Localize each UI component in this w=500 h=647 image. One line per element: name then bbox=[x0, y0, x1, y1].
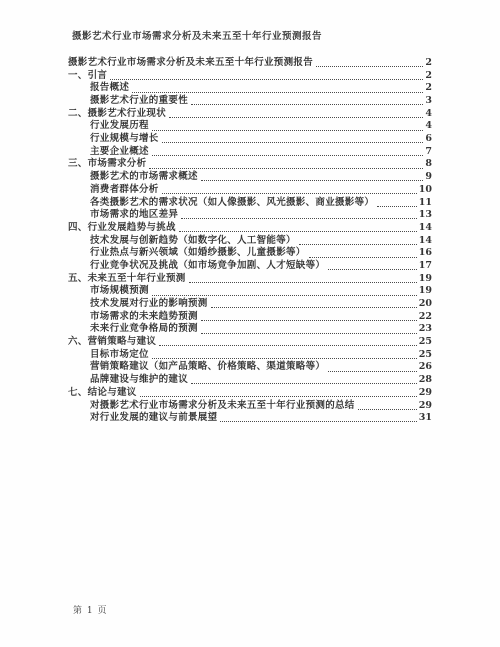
dotted-leader bbox=[191, 383, 417, 384]
dotted-leader bbox=[328, 371, 417, 372]
dotted-leader bbox=[152, 130, 424, 131]
toc-entry-page-number: 31 bbox=[419, 412, 432, 425]
toc-entry-page-number: 2 bbox=[425, 70, 432, 83]
toc-entry-page-number: 29 bbox=[419, 387, 432, 400]
dotted-leader bbox=[162, 193, 417, 194]
toc-entry-page-number: 4 bbox=[425, 120, 432, 133]
dotted-leader bbox=[220, 421, 416, 422]
toc-entry-label: 行业发展历程 bbox=[90, 120, 149, 133]
toc-entry-page-number: 22 bbox=[419, 311, 432, 324]
toc-entry[interactable]: 报告概述 2 bbox=[68, 82, 432, 95]
toc-entry[interactable]: 技术发展对行业的影响预测 20 bbox=[68, 298, 432, 311]
toc-entry-label: 二、摄影艺术行业现状 bbox=[68, 108, 166, 121]
toc-entry[interactable]: 主要企业概述 7 bbox=[68, 146, 432, 159]
toc-entry[interactable]: 对行业发展的建议与前景展望 31 bbox=[68, 412, 432, 425]
dotted-leader bbox=[201, 180, 424, 181]
toc-entry-page-number: 25 bbox=[419, 349, 432, 362]
toc-entry-page-number: 25 bbox=[419, 336, 432, 349]
toc-entry-label: 技术发展对行业的影响预测 bbox=[90, 298, 208, 311]
toc-entry[interactable]: 摄影艺术的市场需求概述 9 bbox=[68, 171, 432, 184]
toc-entry-label: 各类摄影艺术的需求状况（如人像摄影、风光摄影、商业摄影等） bbox=[90, 197, 374, 210]
toc-entry[interactable]: 行业规模与增长 6 bbox=[68, 133, 432, 146]
dotted-leader bbox=[140, 396, 417, 397]
toc-entry-page-number: 8 bbox=[425, 158, 432, 171]
dotted-leader bbox=[152, 295, 417, 296]
dotted-leader bbox=[110, 79, 423, 80]
toc-entry[interactable]: 六、营销策略与建议 25 bbox=[68, 336, 432, 349]
dotted-leader bbox=[191, 104, 423, 105]
toc-entry-label: 摄影艺术的市场需求概述 bbox=[90, 171, 198, 184]
toc-entry-label: 市场需求的未来趋势预测 bbox=[90, 311, 198, 324]
dotted-leader bbox=[316, 66, 423, 67]
toc-entry-label: 行业规模与增长 bbox=[90, 133, 159, 146]
toc-entry[interactable]: 五、未来五至十年行业预测 19 bbox=[68, 273, 432, 286]
toc-entry-page-number: 13 bbox=[419, 209, 432, 222]
toc-entry[interactable]: 市场需求的未来趋势预测 22 bbox=[68, 311, 432, 324]
toc-entry-page-number: 6 bbox=[425, 133, 432, 146]
dotted-leader bbox=[169, 117, 423, 118]
toc-entry[interactable]: 目标市场定位 25 bbox=[68, 349, 432, 362]
toc-entry-page-number: 17 bbox=[419, 260, 432, 273]
dotted-leader bbox=[132, 92, 423, 93]
toc-entry-page-number: 19 bbox=[419, 285, 432, 298]
toc-entry[interactable]: 七、结论与建议 29 bbox=[68, 387, 432, 400]
page-number-footer: 第 1 页 bbox=[73, 603, 107, 616]
toc-entry-page-number: 28 bbox=[419, 374, 432, 387]
document-page: 摄影艺术行业市场需求分析及未来五至十年行业预测报告 摄影艺术行业市场需求分析及未… bbox=[0, 0, 500, 647]
toc-entry-page-number: 7 bbox=[425, 146, 432, 159]
toc-entry[interactable]: 市场规模预测 19 bbox=[68, 285, 432, 298]
toc-entry-page-number: 3 bbox=[425, 95, 432, 108]
toc-entry-page-number: 2 bbox=[425, 57, 432, 70]
toc-entry[interactable]: 行业热点与新兴领域（如婚纱摄影、儿童摄影等） 16 bbox=[68, 247, 432, 260]
table-of-contents: 摄影艺术行业市场需求分析及未来五至十年行业预测报告 2 一、引言 2 报告概述 … bbox=[68, 57, 432, 425]
dotted-leader bbox=[309, 257, 417, 258]
dotted-leader bbox=[159, 345, 417, 346]
toc-entry[interactable]: 品牌建设与维护的建议 28 bbox=[68, 374, 432, 387]
toc-entry[interactable]: 各类摄影艺术的需求状况（如人像摄影、风光摄影、商业摄影等） 11 bbox=[68, 197, 432, 210]
toc-entry-label: 市场规模预测 bbox=[90, 285, 149, 298]
toc-entry-page-number: 9 bbox=[425, 171, 432, 184]
toc-entry-page-number: 23 bbox=[419, 323, 432, 336]
toc-entry-page-number: 19 bbox=[419, 273, 432, 286]
toc-entry-page-number: 2 bbox=[425, 82, 432, 95]
toc-entry-label: 一、引言 bbox=[68, 70, 107, 83]
toc-entry[interactable]: 摄影艺术行业市场需求分析及未来五至十年行业预测报告 2 bbox=[68, 57, 432, 70]
toc-entry-label: 五、未来五至十年行业预测 bbox=[68, 273, 186, 286]
toc-entry-label: 未来行业竞争格局的预测 bbox=[90, 323, 198, 336]
toc-entry-label: 消费者群体分析 bbox=[90, 184, 159, 197]
toc-entry-label: 对摄影艺术行业市场需求分析及未来五至十年行业预测的总结 bbox=[90, 400, 355, 413]
dotted-leader bbox=[328, 269, 417, 270]
toc-entry-label: 市场需求的地区差异 bbox=[90, 209, 178, 222]
toc-entry[interactable]: 三、市场需求分析 8 bbox=[68, 159, 432, 172]
toc-entry-label: 报告概述 bbox=[90, 82, 129, 95]
toc-entry-label: 主要企业概述 bbox=[90, 146, 149, 159]
toc-entry-label: 目标市场定位 bbox=[90, 349, 149, 362]
toc-entry[interactable]: 营销策略建议（如产品策略、价格策略、渠道策略等） 26 bbox=[68, 362, 432, 375]
toc-entry-label: 对行业发展的建议与前景展望 bbox=[90, 412, 217, 425]
dotted-leader bbox=[189, 282, 417, 283]
toc-entry-label: 技术发展与创新趋势（如数字化、人工智能等） bbox=[90, 235, 296, 248]
toc-entry[interactable]: 二、摄影艺术行业现状 4 bbox=[68, 108, 432, 121]
dotted-leader bbox=[358, 409, 417, 410]
toc-entry-label: 行业热点与新兴领域（如婚纱摄影、儿童摄影等） bbox=[90, 247, 306, 260]
toc-entry-page-number: 16 bbox=[419, 247, 432, 260]
toc-entry-page-number: 10 bbox=[419, 184, 432, 197]
toc-entry[interactable]: 行业发展历程 4 bbox=[68, 120, 432, 133]
toc-entry-label: 品牌建设与维护的建议 bbox=[90, 374, 188, 387]
dotted-leader bbox=[377, 206, 417, 207]
dotted-leader bbox=[162, 142, 424, 143]
toc-entry[interactable]: 行业竞争状况及挑战（如市场竞争加剧、人才短缺等） 17 bbox=[68, 260, 432, 273]
dotted-leader bbox=[181, 218, 417, 219]
toc-entry-page-number: 4 bbox=[425, 108, 432, 121]
dotted-leader bbox=[179, 231, 417, 232]
running-header-title: 摄影艺术行业市场需求分析及未来五至十年行业预测报告 bbox=[72, 28, 322, 42]
dotted-leader bbox=[201, 333, 417, 334]
toc-entry-page-number: 26 bbox=[419, 361, 432, 374]
toc-entry[interactable]: 未来行业竞争格局的预测 23 bbox=[68, 323, 432, 336]
toc-entry[interactable]: 消费者群体分析 10 bbox=[68, 184, 432, 197]
dotted-leader bbox=[211, 307, 417, 308]
dotted-leader bbox=[299, 244, 417, 245]
toc-entry-label: 六、营销策略与建议 bbox=[68, 336, 156, 349]
toc-entry[interactable]: 摄影艺术行业的重要性 3 bbox=[68, 95, 432, 108]
toc-entry-label: 营销策略建议（如产品策略、价格策略、渠道策略等） bbox=[90, 361, 325, 374]
dotted-leader bbox=[152, 155, 424, 156]
toc-entry-label: 行业竞争状况及挑战（如市场竞争加剧、人才短缺等） bbox=[90, 260, 325, 273]
toc-entry-label: 摄影艺术行业的重要性 bbox=[90, 95, 188, 108]
toc-entry-label: 摄影艺术行业市场需求分析及未来五至十年行业预测报告 bbox=[68, 57, 313, 70]
toc-entry[interactable]: 对摄影艺术行业市场需求分析及未来五至十年行业预测的总结 29 bbox=[68, 400, 432, 413]
toc-entry[interactable]: 四、行业发展趋势与挑战 14 bbox=[68, 222, 432, 235]
toc-entry-page-number: 14 bbox=[419, 235, 432, 248]
toc-entry-label: 四、行业发展趋势与挑战 bbox=[68, 222, 176, 235]
toc-entry-label: 三、市场需求分析 bbox=[68, 158, 146, 171]
toc-entry-label: 七、结论与建议 bbox=[68, 387, 137, 400]
dotted-leader bbox=[152, 358, 417, 359]
dotted-leader bbox=[149, 168, 423, 169]
toc-entry[interactable]: 市场需求的地区差异 13 bbox=[68, 209, 432, 222]
toc-entry[interactable]: 一、引言 2 bbox=[68, 70, 432, 83]
toc-entry-page-number: 14 bbox=[419, 222, 432, 235]
toc-entry-page-number: 20 bbox=[419, 298, 432, 311]
dotted-leader bbox=[201, 320, 417, 321]
toc-entry-page-number: 29 bbox=[419, 400, 432, 413]
toc-entry[interactable]: 技术发展与创新趋势（如数字化、人工智能等） 14 bbox=[68, 235, 432, 248]
toc-entry-page-number: 11 bbox=[419, 197, 432, 210]
